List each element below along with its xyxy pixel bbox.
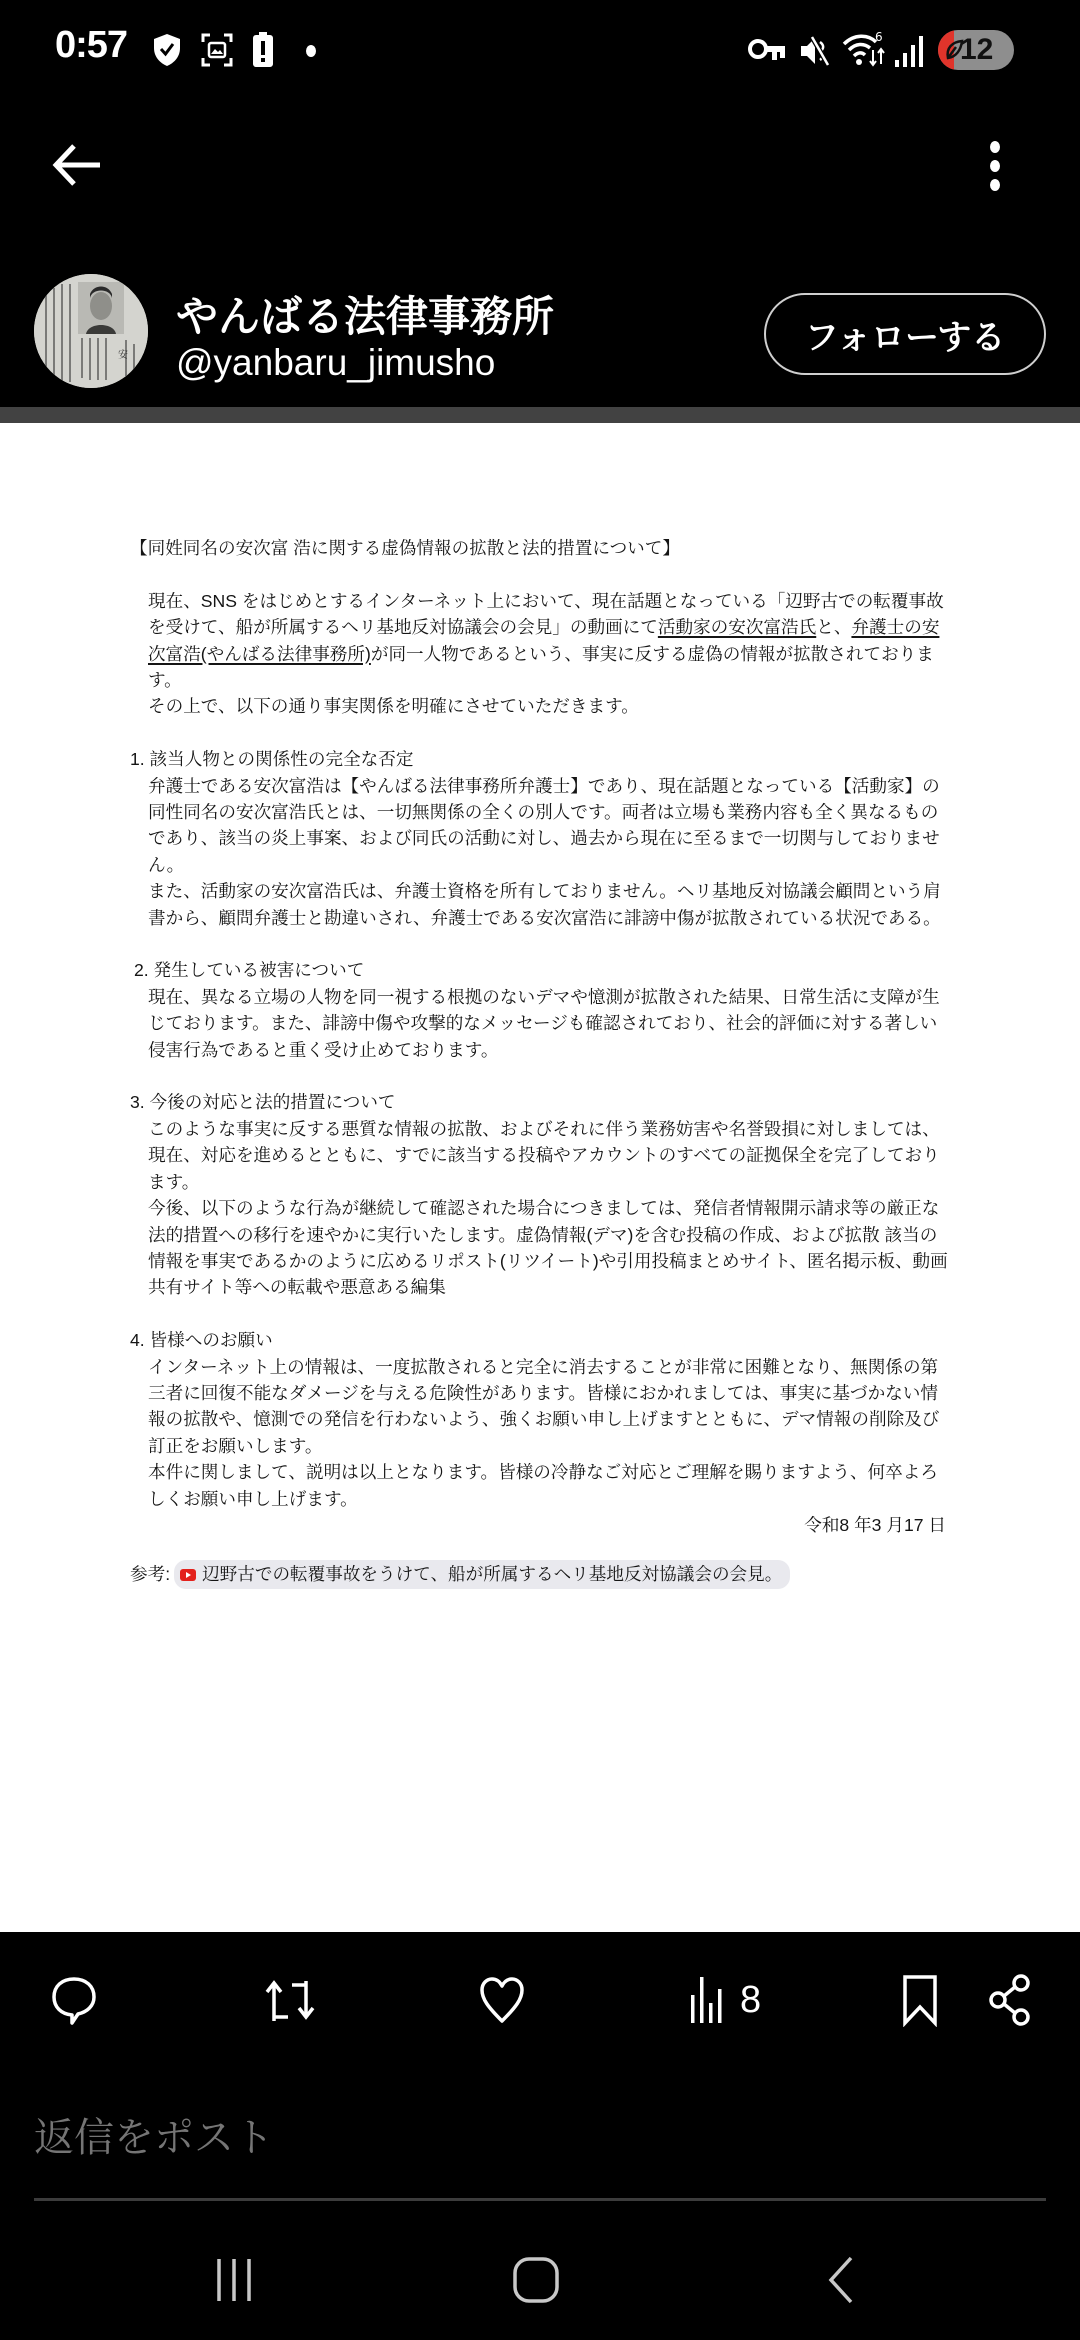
share-icon bbox=[988, 1973, 1032, 2027]
status-time: 0:57 bbox=[55, 24, 127, 67]
reply-icon bbox=[50, 1973, 98, 2027]
avatar-newspaper-photo: 安 bbox=[34, 274, 148, 388]
more-vertical-icon bbox=[975, 135, 1015, 195]
intro-paragraph-2: その上で、以下の通り事実関係を明確にさせていただきます。 bbox=[130, 693, 950, 719]
reply-button[interactable] bbox=[50, 1973, 98, 2027]
author-row: 安 やんばる法律事務所 @yanbaru_jimusho フォローする bbox=[0, 270, 1080, 400]
battery-level: 12 bbox=[960, 33, 993, 67]
youtube-icon bbox=[180, 1569, 196, 1581]
home-icon bbox=[512, 2256, 560, 2304]
user-handle[interactable]: @yanbaru_jimusho bbox=[176, 342, 495, 384]
repost-icon bbox=[262, 1973, 318, 2027]
battery-alert-icon bbox=[252, 32, 274, 68]
recents-icon bbox=[212, 2257, 256, 2303]
section-heading: 2. 発生している被害について bbox=[130, 957, 950, 983]
views-count: 8 bbox=[740, 1979, 761, 2022]
vpn-key-icon bbox=[748, 38, 788, 64]
section-heading: 3. 今後の対応と法的措置について bbox=[130, 1089, 950, 1115]
section-paragraph: 弁護士である安次富浩は【やんばる法律事務所弁護士】であり、現在話題となっている【… bbox=[130, 773, 950, 879]
arrow-left-icon bbox=[50, 140, 106, 190]
intro-text: と、 bbox=[816, 617, 851, 637]
document-date: 令和8 年3 月17 日 bbox=[130, 1512, 950, 1538]
follow-button[interactable]: フォローする bbox=[764, 293, 1046, 375]
battery-indicator: 12 bbox=[938, 30, 1014, 70]
heart-icon bbox=[478, 1973, 526, 2027]
repost-button[interactable] bbox=[262, 1973, 318, 2027]
svg-text:6: 6 bbox=[875, 30, 883, 44]
notification-dot-icon bbox=[306, 45, 316, 57]
system-navigation-bar bbox=[0, 2220, 1080, 2340]
reply-underline bbox=[34, 2198, 1046, 2201]
reference-label: 参考: bbox=[130, 1561, 170, 1587]
section-paragraph: 本件に関しまして、説明は以上となります。皆様の冷静なご対応とご理解を賜りますよう… bbox=[130, 1459, 950, 1512]
post-action-bar: 8 bbox=[0, 1955, 1080, 2045]
top-app-bar bbox=[0, 110, 1080, 220]
shield-check-icon bbox=[152, 32, 182, 68]
bookmark-icon bbox=[900, 1973, 940, 2027]
recents-button[interactable] bbox=[194, 2250, 274, 2310]
reference-link-text: 辺野古での転覆事故をうけて、船が所属するヘリ基地反対協議会の会見。 bbox=[202, 1561, 782, 1587]
signal-icon bbox=[894, 34, 926, 68]
views-button[interactable]: 8 bbox=[690, 1973, 761, 2027]
section-paragraph: インターネット上の情報は、一度拡散されると完全に消去することが非常に困難となり、… bbox=[130, 1354, 950, 1460]
section-paragraph: 今後、以下のような行為が継続して確認された場合につきましては、発信者情報開示請求… bbox=[130, 1195, 950, 1301]
document-body: 【同姓同名の安次富 浩に関する虚偽情報の拡散と法的措置について】 現在、SNS … bbox=[130, 535, 950, 1589]
display-name[interactable]: やんばる法律事務所 bbox=[176, 284, 554, 344]
svg-text:安: 安 bbox=[118, 348, 128, 361]
bookmark-button[interactable] bbox=[900, 1973, 940, 2027]
document-title: 【同姓同名の安次富 浩に関する虚偽情報の拡散と法的措置について】 bbox=[130, 535, 950, 561]
section-paragraph: このような事実に反する悪質な情報の拡散、およびそれに伴う業務妨害や名誉毀損に対し… bbox=[130, 1116, 950, 1195]
post-image-document[interactable]: 【同姓同名の安次富 浩に関する虚偽情報の拡散と法的措置について】 現在、SNS … bbox=[0, 423, 1080, 1932]
share-button[interactable] bbox=[988, 1973, 1032, 2027]
avatar[interactable]: 安 bbox=[34, 274, 148, 388]
section-paragraph: 現在、異なる立場の人物を同一視する根拠のないデマや憶測が拡散された結果、日常生活… bbox=[130, 984, 950, 1063]
section-paragraph: また、活動家の安次富浩氏は、弁護士資格を所有しておりません。ヘリ基地反対協議会顧… bbox=[130, 878, 950, 931]
section-heading: 4. 皆様へのお願い bbox=[130, 1327, 950, 1353]
like-button[interactable] bbox=[478, 1973, 526, 2027]
underlined-activist-name: 活動家の安次富浩氏 bbox=[658, 617, 816, 637]
views-chart-icon bbox=[690, 1973, 726, 2027]
intro-paragraph: 現在、SNS をはじめとするインターネット上において、現在話題となっている「辺野… bbox=[130, 588, 950, 694]
home-button[interactable] bbox=[496, 2250, 576, 2310]
reference-row: 参考: 辺野古での転覆事故をうけて、船が所属するヘリ基地反対協議会の会見。 bbox=[130, 1560, 950, 1588]
reference-link-chip: 辺野古での転覆事故をうけて、船が所属するヘリ基地反対協議会の会見。 bbox=[174, 1560, 790, 1588]
more-options-button[interactable] bbox=[975, 135, 1015, 195]
system-back-button[interactable] bbox=[800, 2250, 880, 2310]
nav-back-icon bbox=[825, 2256, 855, 2304]
wifi-6-icon: 6 bbox=[842, 30, 886, 70]
screenshot-icon bbox=[200, 32, 234, 68]
section-heading: 1. 該当人物との関係性の完全な否定 bbox=[130, 746, 950, 772]
mute-icon bbox=[798, 34, 832, 68]
reply-input[interactable] bbox=[34, 2100, 1046, 2176]
back-button[interactable] bbox=[50, 140, 106, 190]
status-bar: 0:57 6 bbox=[0, 0, 1080, 100]
media-top-divider bbox=[0, 407, 1080, 423]
reply-composer bbox=[34, 2100, 1046, 2180]
